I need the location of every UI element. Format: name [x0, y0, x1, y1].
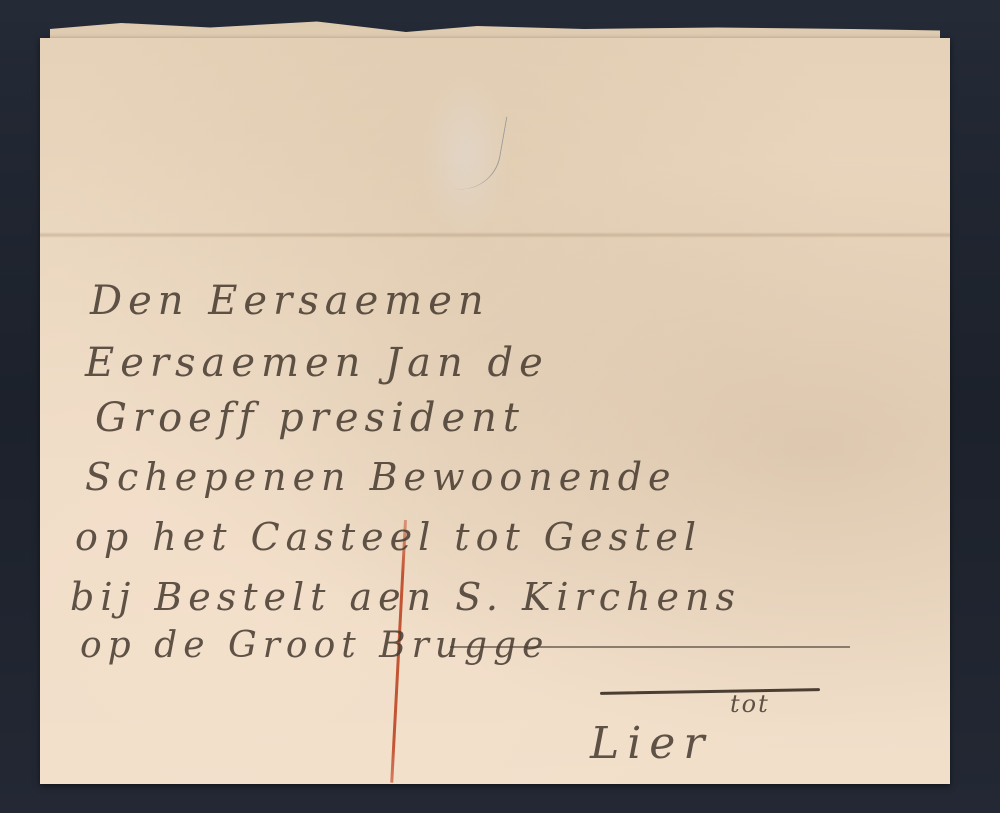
- destination-city: Lier: [590, 718, 712, 769]
- address-line-1: Den Eersaemen: [90, 278, 490, 324]
- destination-rule: [600, 688, 820, 695]
- handwritten-address: Den Eersaemen Eersaemen Jan de Groeff pr…: [0, 0, 1000, 813]
- destination-prefix: tot: [730, 690, 770, 718]
- address-line-5: op het Casteel tot Gestel: [75, 515, 702, 559]
- underline-stroke: [450, 646, 850, 648]
- address-line-2: Eersaemen Jan de: [85, 340, 549, 386]
- address-line-6: bij Bestelt aen S. Kirchens: [70, 575, 741, 619]
- address-line-4: Schepenen Bewoonende: [85, 455, 677, 499]
- address-line-3: Groeff president: [95, 395, 525, 441]
